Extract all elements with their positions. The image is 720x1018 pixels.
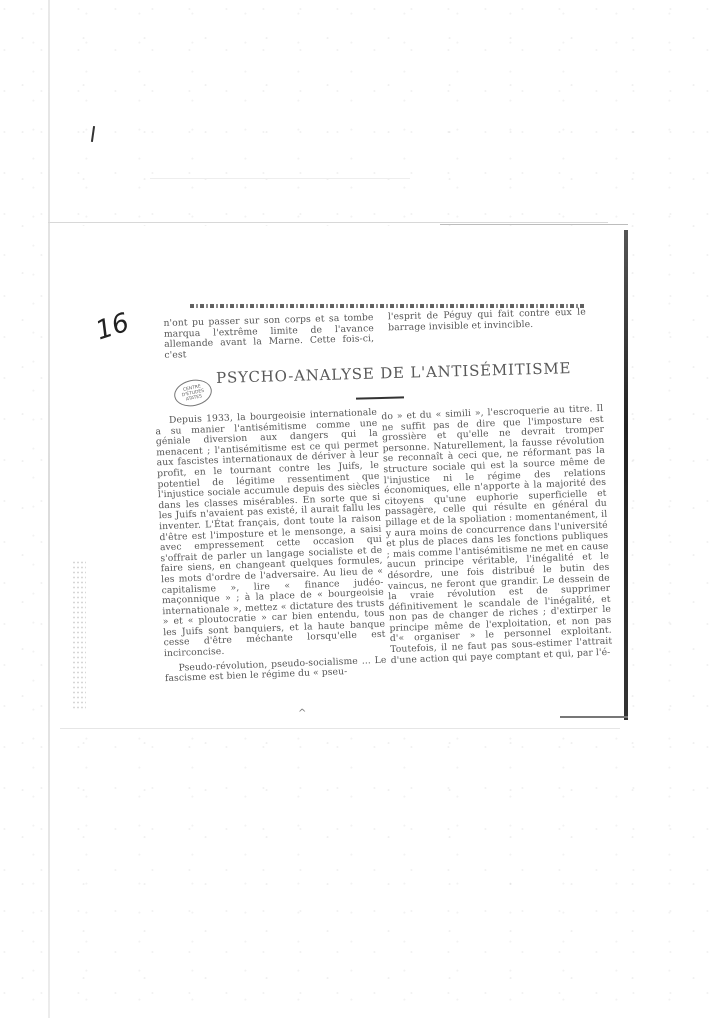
article-column-right: do » et du « simili », l'escroquerie au …	[381, 404, 613, 667]
scan-artifact-line	[48, 222, 608, 223]
paragraph: Depuis 1933, la bourgeoisie internationa…	[155, 408, 386, 660]
caret-mark-icon: ^	[298, 708, 306, 719]
clipping-edge-bottom	[560, 716, 628, 718]
clipping-edge-top	[440, 224, 628, 225]
pen-mark	[91, 126, 95, 142]
article-column-left: Depuis 1933, la bourgeoisie internationa…	[155, 408, 387, 685]
binder-margin-line	[48, 0, 50, 1018]
previous-article-fragment-left: n'ont pu passer sur son corps et sa tomb…	[163, 313, 374, 361]
scan-artifact-line	[60, 728, 620, 729]
paragraph: do » et du « simili », l'escroquerie au …	[381, 404, 613, 667]
scan-artifact-line	[150, 178, 410, 179]
clipping-edge-right	[624, 230, 628, 720]
scan-speckle	[72, 560, 86, 710]
